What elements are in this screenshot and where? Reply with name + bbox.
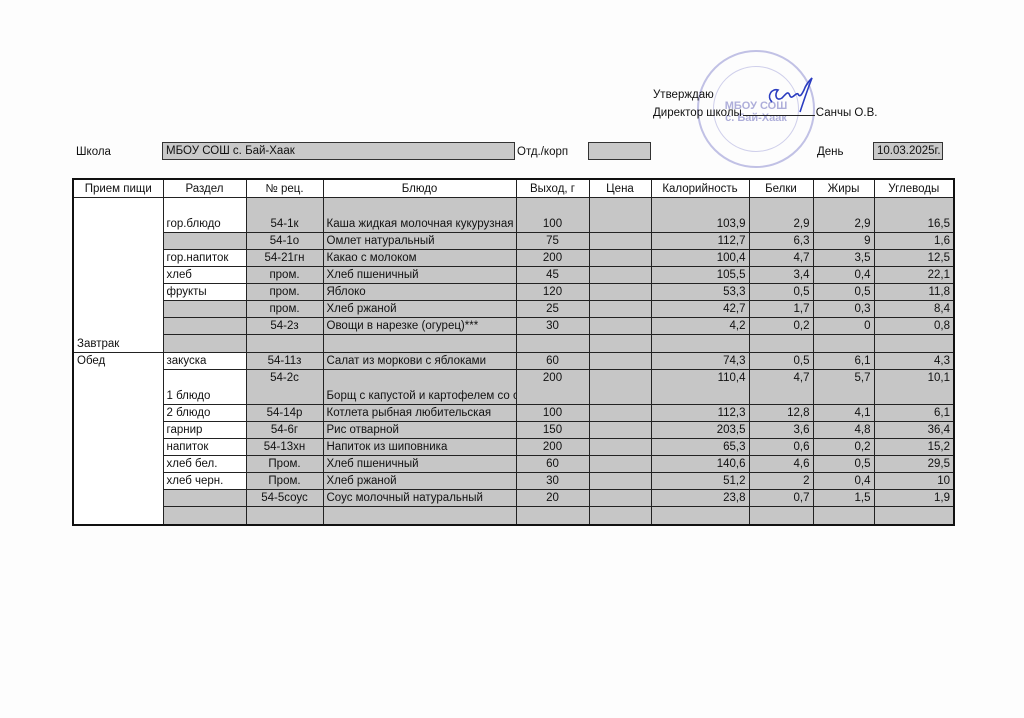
- table-row: хлебпром.Хлеб пшеничный45105,53,40,422,1: [73, 267, 954, 284]
- meal-cell: Обед: [73, 353, 163, 526]
- fat-cell: [813, 507, 874, 526]
- dish-cell: Хлеб ржаной: [323, 473, 516, 490]
- dish-cell: Хлеб ржаной: [323, 301, 516, 318]
- col-dish: Блюдо: [323, 179, 516, 198]
- kcal-cell: 42,7: [651, 301, 749, 318]
- signature-line: [743, 105, 815, 116]
- yield-cell: 45: [516, 267, 589, 284]
- recipe-cell: пром.: [246, 284, 323, 301]
- section-cell: хлеб: [163, 267, 246, 284]
- director-label: Директор школы: [653, 107, 742, 119]
- table-row: 54-2зОвощи в нарезке (огурец)***304,20,2…: [73, 318, 954, 335]
- recipe-cell: 54-2с: [246, 370, 323, 405]
- protein-cell: 0,2: [749, 318, 813, 335]
- menu-table: Прием пищи Раздел № рец. Блюдо Выход, г …: [72, 178, 955, 526]
- recipe-cell: 54-21гн: [246, 250, 323, 267]
- fat-cell: [813, 335, 874, 353]
- carbs-cell: [874, 335, 954, 353]
- yield-cell: 60: [516, 353, 589, 370]
- kcal-cell: 112,3: [651, 405, 749, 422]
- carbs-cell: 29,5: [874, 456, 954, 473]
- protein-cell: 4,6: [749, 456, 813, 473]
- carbs-cell: 12,5: [874, 250, 954, 267]
- protein-cell: 12,8: [749, 405, 813, 422]
- col-meal: Прием пищи: [73, 179, 163, 198]
- yield-cell: 25: [516, 301, 589, 318]
- recipe-cell: 54-6г: [246, 422, 323, 439]
- recipe-cell: 54-13хн: [246, 439, 323, 456]
- section-cell: гор.блюдо: [163, 198, 246, 233]
- price-cell: [589, 284, 651, 301]
- recipe-cell: 54-1к: [246, 198, 323, 233]
- section-cell: фрукты: [163, 284, 246, 301]
- table-row: [73, 335, 954, 353]
- section-cell: [163, 233, 246, 250]
- approval-block: Утверждаю Директор школыСанчы О.В.: [653, 86, 877, 122]
- section-cell: гор.напиток: [163, 250, 246, 267]
- kcal-cell: 51,2: [651, 473, 749, 490]
- table-row: гарнир54-6гРис отварной150203,53,64,836,…: [73, 422, 954, 439]
- col-recipe: № рец.: [246, 179, 323, 198]
- kcal-cell: 112,7: [651, 233, 749, 250]
- director-name: Санчы О.В.: [816, 107, 878, 119]
- carbs-cell: 0,8: [874, 318, 954, 335]
- meal-cell: Завтрак: [73, 198, 163, 353]
- kcal-cell: 74,3: [651, 353, 749, 370]
- carbs-cell: 15,2: [874, 439, 954, 456]
- col-yield: Выход, г: [516, 179, 589, 198]
- protein-cell: 4,7: [749, 250, 813, 267]
- table-row: 2 блюдо54-14рКотлета рыбная любительская…: [73, 405, 954, 422]
- protein-cell: 0,7: [749, 490, 813, 507]
- recipe-cell: [246, 335, 323, 353]
- kcal-cell: 4,2: [651, 318, 749, 335]
- fat-cell: 9: [813, 233, 874, 250]
- yield-cell: 120: [516, 284, 589, 301]
- kcal-cell: [651, 507, 749, 526]
- col-price: Цена: [589, 179, 651, 198]
- kcal-cell: 53,3: [651, 284, 749, 301]
- col-carbs: Углеводы: [874, 179, 954, 198]
- carbs-cell: [874, 507, 954, 526]
- protein-cell: 2: [749, 473, 813, 490]
- carbs-cell: 10: [874, 473, 954, 490]
- kcal-cell: 110,4: [651, 370, 749, 405]
- recipe-cell: пром.: [246, 301, 323, 318]
- protein-cell: 3,6: [749, 422, 813, 439]
- yield-cell: [516, 335, 589, 353]
- dish-cell: Рис отварной: [323, 422, 516, 439]
- section-cell: [163, 301, 246, 318]
- dish-cell: Котлета рыбная любительская: [323, 405, 516, 422]
- section-cell: хлеб бел.: [163, 456, 246, 473]
- protein-cell: 0,6: [749, 439, 813, 456]
- fat-cell: 6,1: [813, 353, 874, 370]
- table-row: 54-5соусСоус молочный натуральный2023,80…: [73, 490, 954, 507]
- fat-cell: 0,3: [813, 301, 874, 318]
- dish-cell: Омлет натуральный: [323, 233, 516, 250]
- table-row: 54-1оОмлет натуральный75112,76,391,6: [73, 233, 954, 250]
- dish-cell: Овощи в нарезке (огурец)***: [323, 318, 516, 335]
- table-row: пром.Хлеб ржаной2542,71,70,38,4: [73, 301, 954, 318]
- kcal-cell: 105,5: [651, 267, 749, 284]
- recipe-cell: 54-2з: [246, 318, 323, 335]
- protein-cell: 1,7: [749, 301, 813, 318]
- table-row: хлеб черн.Пром.Хлеб ржаной3051,220,410: [73, 473, 954, 490]
- dish-cell: [323, 335, 516, 353]
- price-cell: [589, 267, 651, 284]
- table-row: напиток54-13хнНапиток из шиповника20065,…: [73, 439, 954, 456]
- carbs-cell: 1,6: [874, 233, 954, 250]
- dish-cell: Напиток из шиповника: [323, 439, 516, 456]
- kcal-cell: 140,6: [651, 456, 749, 473]
- dept-label: Отд./корп: [517, 146, 568, 158]
- protein-cell: 3,4: [749, 267, 813, 284]
- col-protein: Белки: [749, 179, 813, 198]
- dish-cell: Хлеб пшеничный: [323, 456, 516, 473]
- recipe-cell: Пром.: [246, 456, 323, 473]
- price-cell: [589, 335, 651, 353]
- price-cell: [589, 233, 651, 250]
- kcal-cell: 203,5: [651, 422, 749, 439]
- section-cell: 1 блюдо: [163, 370, 246, 405]
- price-cell: [589, 301, 651, 318]
- price-cell: [589, 353, 651, 370]
- day-label: День: [817, 146, 844, 158]
- carbs-cell: 16,5: [874, 198, 954, 233]
- fat-cell: 0: [813, 318, 874, 335]
- dept-field[interactable]: [588, 142, 651, 160]
- price-cell: [589, 456, 651, 473]
- table-header-row: Прием пищи Раздел № рец. Блюдо Выход, г …: [73, 179, 954, 198]
- fat-cell: 0,5: [813, 456, 874, 473]
- protein-cell: 0,5: [749, 353, 813, 370]
- price-cell: [589, 490, 651, 507]
- price-cell: [589, 405, 651, 422]
- col-fat: Жиры: [813, 179, 874, 198]
- dish-cell: Яблоко: [323, 284, 516, 301]
- school-label: Школа: [76, 146, 111, 158]
- approve-label: Утверждаю: [653, 86, 877, 104]
- dish-cell: Какао с молоком: [323, 250, 516, 267]
- recipe-cell: Пром.: [246, 473, 323, 490]
- fat-cell: 0,4: [813, 267, 874, 284]
- yield-cell: 75: [516, 233, 589, 250]
- recipe-cell: [246, 507, 323, 526]
- table-row: Обедзакуска54-11зСалат из моркови с ябло…: [73, 353, 954, 370]
- carbs-cell: 22,1: [874, 267, 954, 284]
- carbs-cell: 8,4: [874, 301, 954, 318]
- col-section: Раздел: [163, 179, 246, 198]
- yield-cell: 100: [516, 198, 589, 233]
- recipe-cell: 54-14р: [246, 405, 323, 422]
- section-cell: гарнир: [163, 422, 246, 439]
- price-cell: [589, 439, 651, 456]
- col-kcal: Калорийность: [651, 179, 749, 198]
- yield-cell: 30: [516, 318, 589, 335]
- fat-cell: 0,2: [813, 439, 874, 456]
- yield-cell: 200: [516, 439, 589, 456]
- protein-cell: [749, 507, 813, 526]
- fat-cell: 5,7: [813, 370, 874, 405]
- section-cell: [163, 490, 246, 507]
- dish-cell: Каша жидкая молочная кукурузная: [323, 198, 516, 233]
- recipe-cell: пром.: [246, 267, 323, 284]
- day-field[interactable]: 10.03.2025г.: [873, 142, 943, 160]
- price-cell: [589, 422, 651, 439]
- yield-cell: 30: [516, 473, 589, 490]
- table-row: гор.напиток54-21гнКакао с молоком200100,…: [73, 250, 954, 267]
- yield-cell: 20: [516, 490, 589, 507]
- carbs-cell: 11,8: [874, 284, 954, 301]
- kcal-cell: 100,4: [651, 250, 749, 267]
- recipe-cell: 54-1о: [246, 233, 323, 250]
- table-row: [73, 507, 954, 526]
- fat-cell: 1,5: [813, 490, 874, 507]
- fat-cell: 4,8: [813, 422, 874, 439]
- kcal-cell: [651, 335, 749, 353]
- protein-cell: [749, 335, 813, 353]
- price-cell: [589, 473, 651, 490]
- kcal-cell: 65,3: [651, 439, 749, 456]
- price-cell: [589, 318, 651, 335]
- kcal-cell: 103,9: [651, 198, 749, 233]
- protein-cell: 0,5: [749, 284, 813, 301]
- yield-cell: [516, 507, 589, 526]
- carbs-cell: 10,1: [874, 370, 954, 405]
- dish-cell: Соус молочный натуральный: [323, 490, 516, 507]
- yield-cell: 60: [516, 456, 589, 473]
- fat-cell: 0,4: [813, 473, 874, 490]
- carbs-cell: 4,3: [874, 353, 954, 370]
- school-field[interactable]: МБОУ СОШ с. Бай-Хаак: [162, 142, 515, 160]
- table-row: хлеб бел.Пром.Хлеб пшеничный60140,64,60,…: [73, 456, 954, 473]
- yield-cell: 200: [516, 370, 589, 405]
- carbs-cell: 36,4: [874, 422, 954, 439]
- section-cell: [163, 318, 246, 335]
- kcal-cell: 23,8: [651, 490, 749, 507]
- price-cell: [589, 370, 651, 405]
- section-cell: закуска: [163, 353, 246, 370]
- protein-cell: 2,9: [749, 198, 813, 233]
- recipe-cell: 54-5соус: [246, 490, 323, 507]
- table-row: фруктыпром.Яблоко12053,30,50,511,8: [73, 284, 954, 301]
- fat-cell: 4,1: [813, 405, 874, 422]
- fat-cell: 3,5: [813, 250, 874, 267]
- section-cell: напиток: [163, 439, 246, 456]
- yield-cell: 200: [516, 250, 589, 267]
- dish-cell: Салат из моркови с яблоками: [323, 353, 516, 370]
- price-cell: [589, 507, 651, 526]
- table-row: Завтракгор.блюдо54-1кКаша жидкая молочна…: [73, 198, 954, 233]
- carbs-cell: 1,9: [874, 490, 954, 507]
- carbs-cell: 6,1: [874, 405, 954, 422]
- dish-cell: [323, 507, 516, 526]
- section-cell: [163, 335, 246, 353]
- price-cell: [589, 198, 651, 233]
- section-cell: 2 блюдо: [163, 405, 246, 422]
- protein-cell: 4,7: [749, 370, 813, 405]
- fat-cell: 0,5: [813, 284, 874, 301]
- yield-cell: 150: [516, 422, 589, 439]
- dish-cell: Хлеб пшеничный: [323, 267, 516, 284]
- price-cell: [589, 250, 651, 267]
- section-cell: хлеб черн.: [163, 473, 246, 490]
- fat-cell: 2,9: [813, 198, 874, 233]
- recipe-cell: 54-11з: [246, 353, 323, 370]
- table-body: Завтракгор.блюдо54-1кКаша жидкая молочна…: [73, 198, 954, 526]
- section-cell: [163, 507, 246, 526]
- dish-cell: Борщ с капустой и картофелем со сметаной: [323, 370, 516, 405]
- table-row: 1 блюдо54-2сБорщ с капустой и картофелем…: [73, 370, 954, 405]
- yield-cell: 100: [516, 405, 589, 422]
- protein-cell: 6,3: [749, 233, 813, 250]
